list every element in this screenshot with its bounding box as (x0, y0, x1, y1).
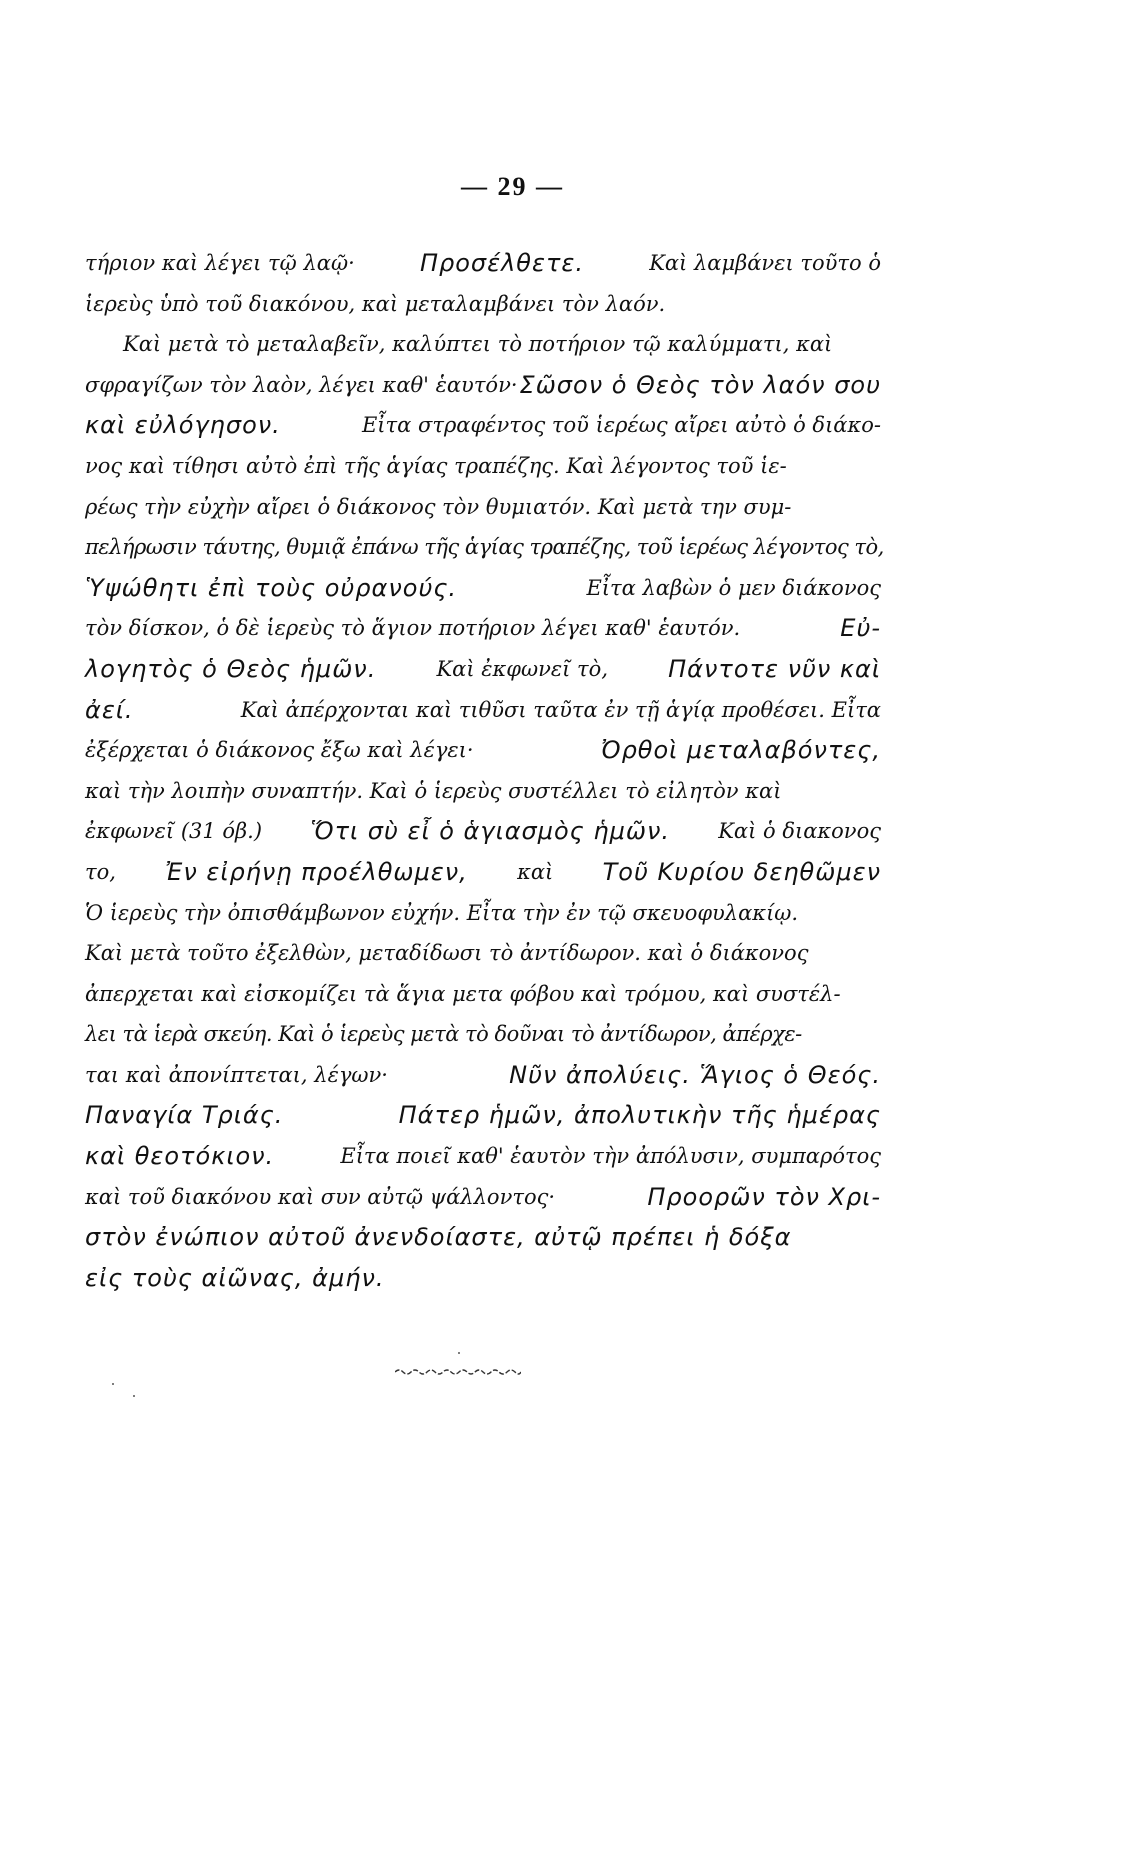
speck (133, 1395, 135, 1397)
rubric-text: Καὶ ὁ διακονος (718, 811, 881, 852)
rubric-text: ρέως τὴν εὐχὴν αἴρει ὁ διάκονος τὸν θυμι… (85, 487, 791, 528)
text-line: Ὑψώθητι ἐπὶ τοὺς οὐρανούς.Εἶτα λαβὼν ὁ μ… (85, 568, 881, 609)
text-line: το,Ἐν εἰρήνῃ προέλθωμεν,καὶΤοῦ Κυρίου δε… (85, 852, 881, 893)
text-line: καὶ τοῦ διακόνου καὶ συν αὐτῷ ψάλλοντος·… (85, 1177, 881, 1218)
rubric-text: σφραγίζων τὸν λαὸν, λέγει καθ' ἑαυτόν· (85, 365, 518, 406)
rubric-text: καὶ (517, 852, 553, 893)
rubric-text: ἀπερχεται καὶ εἰσκομίζει τὰ ἅγια μετα φό… (85, 974, 841, 1015)
liturgical-quote: λογητὸς ὁ Θεὸς ἡμῶν. (85, 649, 376, 690)
speck (458, 1352, 460, 1354)
text-line: ἐκφωνεῖ (31 όβ.)Ὅτι σὺ εἶ ὁ ἁγιασμὸς ἡμῶ… (85, 811, 881, 852)
liturgical-quote: Πάτερ ἡμῶν, ἀπολυτικὴν τῆς ἡμέρας (399, 1095, 881, 1136)
rubric-text: Καὶ λαμβάνει τοῦτο ὁ (649, 243, 881, 284)
text-line: λογητὸς ὁ Θεὸς ἡμῶν.Καὶ ἐκφωνεῖ τὸ,Πάντο… (85, 649, 881, 690)
body-text: τήριον καὶ λέγει τῷ λαῷ·Προσέλθετε.Καὶ λ… (85, 243, 881, 1298)
text-line: Καὶ μετὰ τὸ μεταλαβεῖν, καλύπτει τὸ ποτή… (85, 324, 881, 365)
text-line: νος καὶ τίθησι αὐτὸ ἐπὶ τῆς ἁγίας τραπέζ… (85, 446, 881, 487)
rubric-text: Καὶ ἀπέρχονται καὶ τιθῦσι ταῦτα ἐν τῇ ἁγ… (241, 690, 881, 731)
text-line: καὶ τὴν λοιπὴν συναπτήν. Καὶ ὁ ἱερεὺς συ… (85, 771, 881, 812)
text-line: Καὶ μετὰ τοῦτο ἐξελθὼν, μεταδίδωσι τὸ ἀν… (85, 933, 881, 974)
text-line: καὶ θεοτόκιον.Εἶτα ποιεῖ καθ' ἑαυτὸν τὴν… (85, 1136, 881, 1177)
text-line: στὸν ἐνώπιον αὐτοῦ ἀνενδοίαστε, αὐτῷ πρέ… (85, 1217, 881, 1258)
text-line: τήριον καὶ λέγει τῷ λαῷ·Προσέλθετε.Καὶ λ… (85, 243, 881, 284)
text-line: Παναγία Τριάς.Πάτερ ἡμῶν, ἀπολυτικὴν τῆς… (85, 1095, 881, 1136)
rubric-text: νος καὶ τίθησι αὐτὸ ἐπὶ τῆς ἁγίας τραπέζ… (85, 446, 787, 487)
rubric-text: Εἶτα λαβὼν ὁ μεν διάκονος (586, 568, 881, 609)
text-line: ἀεί.Καὶ ἀπέρχονται καὶ τιθῦσι ταῦτα ἐν τ… (85, 690, 881, 731)
liturgical-quote: καὶ εὐλόγησον. (85, 405, 281, 446)
liturgical-quote: ἀεί. (85, 690, 134, 731)
liturgical-quote: Ἐν εἰρήνῃ προέλθωμεν, (165, 852, 467, 893)
liturgical-quote: καὶ θεοτόκιον. (85, 1136, 274, 1177)
text-line: τὸν δίσκον, ὁ δὲ ἱερεὺς τὸ ἅγιον ποτήριο… (85, 608, 881, 649)
rubric-text: Καὶ ἐκφωνεῖ τὸ, (436, 649, 608, 690)
liturgical-quote: Εὐ- (840, 608, 881, 649)
text-line: ἀπερχεται καὶ εἰσκομίζει τὰ ἅγια μετα φό… (85, 974, 881, 1015)
liturgical-quote: Τοῦ Κυρίου δεηθῶμεν (603, 852, 881, 893)
liturgical-quote: Σῶσον ὁ Θεὸς τὸν λαόν σου (520, 365, 881, 406)
text-line: ἐξέρχεται ὁ διάκονος ἔξω καὶ λέγει·Ὀρθοὶ… (85, 730, 881, 771)
text-line: καὶ εὐλόγησον.Εἶτα στραφέντος τοῦ ἱερέως… (85, 405, 881, 446)
text-line: σφραγίζων τὸν λαὸν, λέγει καθ' ἑαυτόν·Σῶ… (85, 365, 881, 406)
text-line: πελήρωσιν τάυτης, θυμιᾷ ἐπάνω τῆς ἁγίας … (85, 527, 881, 568)
liturgical-quote: Ὑψώθητι ἐπὶ τοὺς οὐρανούς. (85, 568, 457, 609)
text-line: ρέως τὴν εὐχὴν αἴρει ὁ διάκονος τὸν θυμι… (85, 487, 881, 528)
liturgical-quote: Πάντοτε νῦν καὶ (668, 649, 881, 690)
text-line: λει τὰ ἱερὰ σκεύη. Καὶ ὁ ἱερεὺς μετὰ τὸ … (85, 1014, 881, 1055)
rubric-text: Καὶ μετὰ τὸ μεταλαβεῖν, καλύπτει τὸ ποτή… (123, 324, 832, 365)
rubric-text: καὶ τὴν λοιπὴν συναπτήν. Καὶ ὁ ἱερεὺς συ… (85, 771, 781, 812)
liturgical-quote: εἰς τοὺς αἰῶνας, ἀμήν. (85, 1258, 385, 1299)
rubric-text: Εἶτα στραφέντος τοῦ ἱερέως αἴρει αὐτὸ ὁ … (362, 405, 881, 446)
rubric-text: Καὶ μετὰ τοῦτο ἐξελθὼν, μεταδίδωσι τὸ ἀν… (85, 933, 808, 974)
text-line: ται καὶ ἀπονίπτεται, λέγων·Νῦν ἀπολύεις.… (85, 1055, 881, 1096)
liturgical-quote: Προσέλθετε. (420, 243, 584, 284)
rubric-text: Ὁ ἱερεὺς τὴν ὀπισθάμβωνον εὐχήν. Εἶτα τὴ… (85, 893, 798, 934)
wavy-rule-ornament (395, 1366, 521, 1376)
rubric-text: ται καὶ ἀπονίπτεται, λέγων· (85, 1055, 388, 1096)
text-line: ἱερεὺς ὑπὸ τοῦ διακόνου, καὶ μεταλαμβάνε… (85, 284, 881, 325)
text-line: Ὁ ἱερεὺς τὴν ὀπισθάμβωνον εὐχήν. Εἶτα τὴ… (85, 893, 881, 934)
liturgical-quote: στὸν ἐνώπιον αὐτοῦ ἀνενδοίαστε, αὐτῷ πρέ… (85, 1217, 791, 1258)
text-line: εἰς τοὺς αἰῶνας, ἀμήν. (85, 1258, 881, 1299)
page-number: — 29 — (0, 172, 1025, 202)
rubric-text: το, (85, 852, 116, 893)
liturgical-quote: Παναγία Τριάς. (85, 1095, 283, 1136)
liturgical-quote: Νῦν ἀπολύεις. Ἅγιος ὁ Θεός. (509, 1055, 881, 1096)
liturgical-quote: Ὅτι σὺ εἶ ὁ ἁγιασμὸς ἡμῶν. (310, 811, 670, 852)
rubric-text: ἐξέρχεται ὁ διάκονος ἔξω καὶ λέγει· (85, 730, 474, 771)
rubric-text: τὸν δίσκον, ὁ δὲ ἱερεὺς τὸ ἅγιον ποτήριο… (85, 608, 740, 649)
rubric-text: ἱερεὺς ὑπὸ τοῦ διακόνου, καὶ μεταλαμβάνε… (85, 284, 665, 325)
rubric-text: λει τὰ ἱερὰ σκεύη. Καὶ ὁ ἱερεὺς μετὰ τὸ … (85, 1014, 802, 1055)
rubric-text: καὶ τοῦ διακόνου καὶ συν αὐτῷ ψάλλοντος· (85, 1177, 555, 1218)
speck (112, 1383, 114, 1385)
rubric-text: ἐκφωνεῖ (31 όβ.) (85, 811, 262, 852)
liturgical-quote: Ὀρθοὶ μεταλαβόντες, (601, 730, 881, 771)
rubric-text: πελήρωσιν τάυτης, θυμιᾷ ἐπάνω τῆς ἁγίας … (85, 527, 884, 568)
liturgical-quote: Προορῶν τὸν Χρι- (647, 1177, 881, 1218)
rubric-text: τήριον καὶ λέγει τῷ λαῷ· (85, 243, 355, 284)
rubric-text: Εἶτα ποιεῖ καθ' ἑαυτὸν τὴν ἀπόλυσιν, συμ… (340, 1136, 881, 1177)
